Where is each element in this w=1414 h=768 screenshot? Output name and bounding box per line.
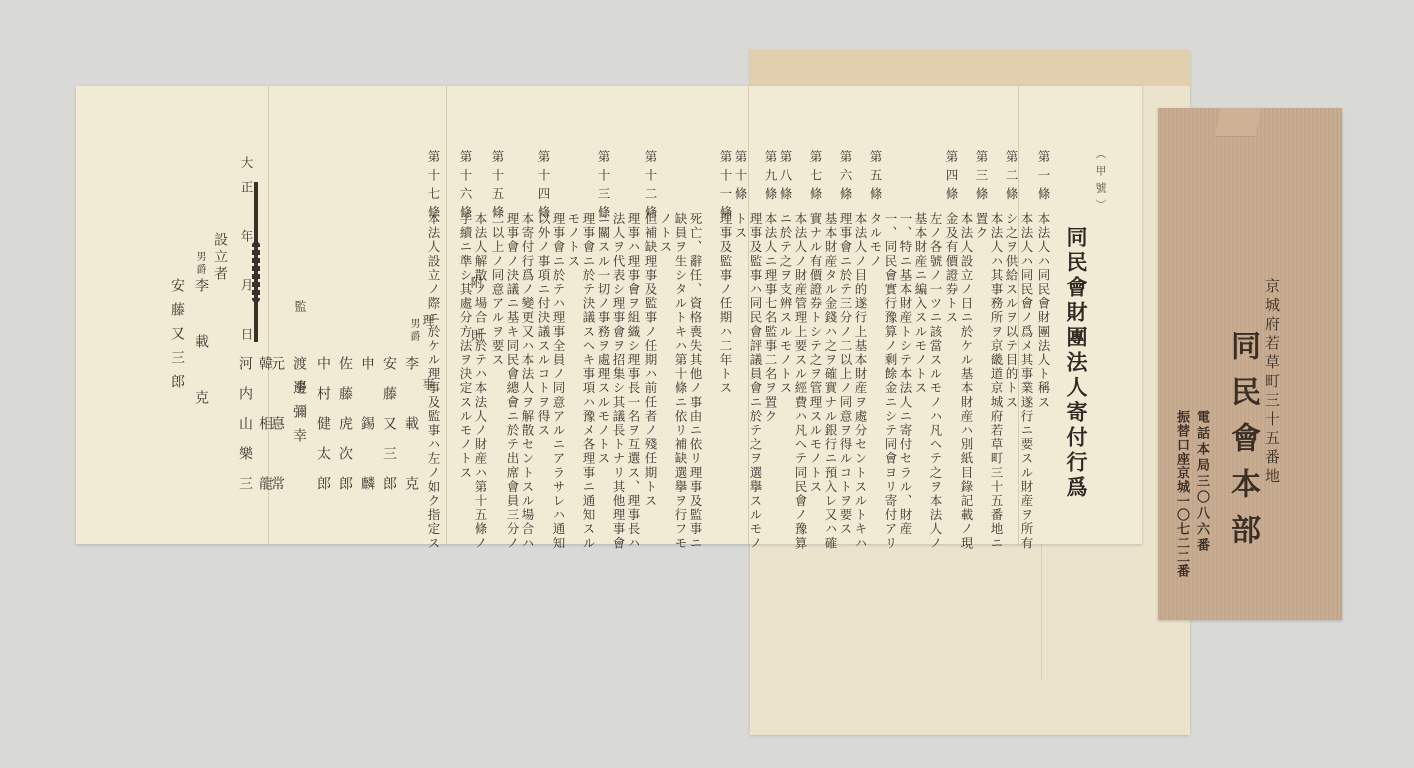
date-line: 大正 年 月 日 (239, 156, 254, 352)
article-15: 第十五條本寄付行爲ノ變更又ハ本法人ヲ解散セントスル場合ハ理事會ノ決議ニ基キ同民會… (488, 150, 535, 550)
article-number: 第十四條 (534, 150, 552, 212)
envelope-phone: 電話本局三〇八六番 (1192, 410, 1211, 554)
article-text: 法人ヲ代表シ理事會ヲ招集シ其議長トナリ其他理事會 (611, 212, 626, 550)
article-11: 第十一條理事及監事ノ任期ハ二年トス (716, 150, 735, 395)
article-text: ニ於テ之ヲ支辨スルモノトス (778, 212, 793, 550)
article-text: 基本財産ニ編入スルモノトス (913, 212, 928, 550)
article-text: 理事及監事ハ同民會評議員會ニ於テ之ヲ選擧スルモノ (748, 212, 763, 550)
director-name: 佐藤虎次郎 (335, 356, 355, 506)
article-text: 二以上ノ同意アルヲ要ス (490, 212, 505, 550)
article-text: 一、同民會實行豫算ノ剩餘金ニシテ同會ヨリ寄付アリ (883, 212, 898, 550)
article-number: 第六條 (836, 150, 854, 212)
article-text: 理事會ニ於テ三分ノ二以上ノ同意ヲ得ルコトヲ要ス (838, 212, 853, 550)
supplementary-provisions-heading: 附 則 (469, 276, 484, 356)
article-text: 左ノ各號ノ一ツニ該當スルモノハ凡ヘテ之ヲ本法人ノ (928, 212, 943, 550)
article-6: 第六條本法人ノ目的遂行上基本財産ヲ處分セントスルトキハ理事會ニ於テ三分ノ二以上ノ… (836, 150, 868, 550)
article-text: 本法人ハ其事務所ヲ京畿道京城府若草町三十五番地ニ (989, 212, 1004, 550)
article-number: 第十七條 (424, 150, 442, 212)
article-text: タルモノ (868, 212, 883, 550)
envelope-organization: 同民會本部 (1220, 330, 1264, 560)
article-text: 本法人ハ同民會ノ爲メ其事業遂行ニ要スル財産ヲ所有 (1019, 212, 1034, 550)
founder-name: 李 載 克 (191, 278, 211, 418)
article-text: 理事會ニ於テ決議スヘキ事項ハ豫メ各理事ニ通知スル (581, 212, 596, 550)
article-number: 第二條 (1002, 150, 1020, 212)
article-number: 第十三條 (594, 150, 612, 212)
donation-act-document: （甲號） 同民會財團法人寄付行爲 第一條本法人ハ同民會財團法人ト稱ス 第二條本法… (76, 86, 1142, 544)
article-number: 第七條 (806, 150, 824, 212)
article-2: 第二條本法人ハ同民會ノ爲メ其事業遂行ニ要スル財産ヲ所有シ之ヲ供給スルヲ以テ目的ト… (1002, 150, 1034, 550)
article-5: 第五條左ノ各號ノ一ツニ該當スルモノハ凡ヘテ之ヲ本法人ノ基本財産ニ編入スルモノトス… (866, 150, 943, 550)
article-7: 第七條基本財産タル金錢ハ之ヲ確實ナル銀行ニ預入レ又ハ確實ナル有價證券トシテ之ヲ管… (806, 150, 838, 550)
envelope-transfer-account: 振替口座京城一〇七二二番 (1172, 410, 1191, 578)
article-1: 第一條本法人ハ同民會財團法人ト稱ス (1034, 150, 1053, 409)
article-text: 本法人設立ノ日ニ於ケル基本財産ハ別紙目錄記載ノ現 (959, 212, 974, 550)
peerage-title: 男爵 (192, 251, 207, 277)
article-number: 第十一條 (716, 150, 734, 212)
article-text: 理事會ニ於テハ理事全員ノ同意アルニアラサレハ通知 (551, 212, 566, 550)
envelope-flap (1215, 108, 1261, 137)
article-10: 第十條理事及監事ハ同民會評議員會ニ於テ之ヲ選擧スルモノトス (731, 150, 763, 550)
article-text: 本法人ニ理事七名監事二名ヲ置ク (763, 212, 778, 424)
director-name: 申 錫 麟 (357, 356, 377, 506)
article-text: 本法人ノ目的遂行上基本財産ヲ處分セントスルトキハ (853, 212, 868, 550)
article-text: 金及有價證券トス (944, 212, 959, 550)
director-name: 安藤又三郎 (379, 356, 399, 506)
directors-label: 理 事 (420, 314, 437, 410)
envelope-address: 京城府若草町三十五番地 (1262, 278, 1283, 487)
article-text: ニ關スル一切ノ事務ヲ處理スルモノトス (596, 212, 611, 550)
article-number: 第十六條 (456, 150, 474, 212)
article-number: 第一條 (1034, 150, 1052, 212)
article-text: 基本財産タル金錢ハ之ヲ確實ナル銀行ニ預入レ又ハ確 (823, 212, 838, 550)
document-title: 同民會財團法人寄付行爲 (1061, 226, 1091, 501)
article-number: 第十二條 (641, 150, 659, 212)
article-13: 第十三條理事ハ理事會ヲ組織シ理事長一名ヲ互選ス、理事長ハ法人ヲ代表シ理事會ヲ招集… (594, 150, 641, 550)
decorative-rule (254, 182, 258, 342)
envelope: 京城府若草町三十五番地 同民會本部 電話本局三〇八六番 振替口座京城一〇七二二番 (1158, 108, 1342, 620)
document-label: （甲號） (1092, 148, 1108, 216)
founders-label: 設立者 (212, 232, 227, 283)
auditor-name: 河内山樂三 (235, 356, 255, 506)
article-12: 第十二條死亡、辭任、資格喪失其他ノ事由ニ依リ理事及監事ニ缺員ヲ生シタルトキハ第十… (641, 150, 703, 550)
article-text: 置ク (974, 212, 989, 550)
article-text: 本法人ハ同民會財團法人ト稱ス (1036, 212, 1051, 409)
article-text: 理事及監事ノ任期ハ二年トス (718, 212, 733, 395)
auditors-label: 監 事 (292, 300, 309, 420)
article-text: シ之ヲ供給スルヲ以テ目的トス (1004, 212, 1019, 550)
article-4: 第四條本法人設立ノ日ニ於ケル基本財産ハ別紙目錄記載ノ現金及有價證券トス (942, 150, 974, 550)
article-number: 第五條 (866, 150, 884, 212)
article-text: 本寄付行爲ノ變更又ハ本法人ヲ解散セントスル場合ハ (520, 212, 535, 550)
article-number: 第九條 (761, 150, 779, 212)
article-text: 本法人解散ノ場合ニ於テハ本法人ノ財産ハ第十五條ノ (473, 212, 488, 550)
folded-top-strip (750, 50, 1190, 86)
article-text: トス (733, 212, 748, 550)
article-14: 第十四條理事會ニ於テ決議スヘキ事項ハ豫メ各理事ニ通知スルモノトス理事會ニ於テハ理… (534, 150, 596, 550)
article-text: 手續ニ準シ其處分方法ヲ決定スルモノトス (458, 212, 473, 550)
article-text: 死亡、辭任、資格喪失其他ノ事由ニ依リ理事及監事ニ (688, 212, 703, 550)
article-number: 第四條 (942, 150, 960, 212)
director-name: 中村健太郎 (313, 356, 333, 506)
article-3: 第三條本法人ハ其事務所ヲ京畿道京城府若草町三十五番地ニ置ク (972, 150, 1004, 550)
peerage-title: 男爵 (406, 318, 421, 344)
article-text: 實ナル有價證券トシテ之ヲ管理スルモノトス (808, 212, 823, 550)
auditor-name: 韓 相 龍 (255, 356, 275, 506)
article-number: 第三條 (972, 150, 990, 212)
article-text: 缺員ヲ生シタルトキハ第十條ニ依リ補缺選擧ヲ行フモ (673, 212, 688, 550)
article-number: 第十五條 (488, 150, 506, 212)
article-text: ノトス (658, 212, 673, 550)
director-name: 李 載 克 (401, 356, 421, 506)
founder-name: 安藤又三郎 (167, 278, 187, 398)
article-9: 第九條本法人ニ理事七名監事二名ヲ置ク (761, 150, 780, 424)
article-8: 第八條本法人ノ財産管理上要スル經費ハ凡ヘテ同民會ノ豫算ニ於テ之ヲ支辨スルモノトス (776, 150, 808, 550)
article-text: 理事ハ理事會ヲ組織シ理事長一名ヲ互選ス、理事長ハ (626, 212, 641, 550)
article-text: 但補缺理事及監事ノ任期ハ前任者ノ殘任期トス (643, 212, 658, 550)
article-text: 一、特ニ基本財産トシテ本法人ニ寄付セラル、財産 (898, 212, 913, 550)
article-text: 理事會ノ決議ニ基キ同民會總會ニ於テ出席會員三分ノ (505, 212, 520, 550)
article-text: 本法人ノ財産管理上要スル經費ハ凡ヘテ同民會ノ豫算 (793, 212, 808, 550)
article-text: モノトス (566, 212, 581, 550)
article-text: 以外ノ事項ニ付決議スルコトヲ得ス (536, 212, 551, 550)
